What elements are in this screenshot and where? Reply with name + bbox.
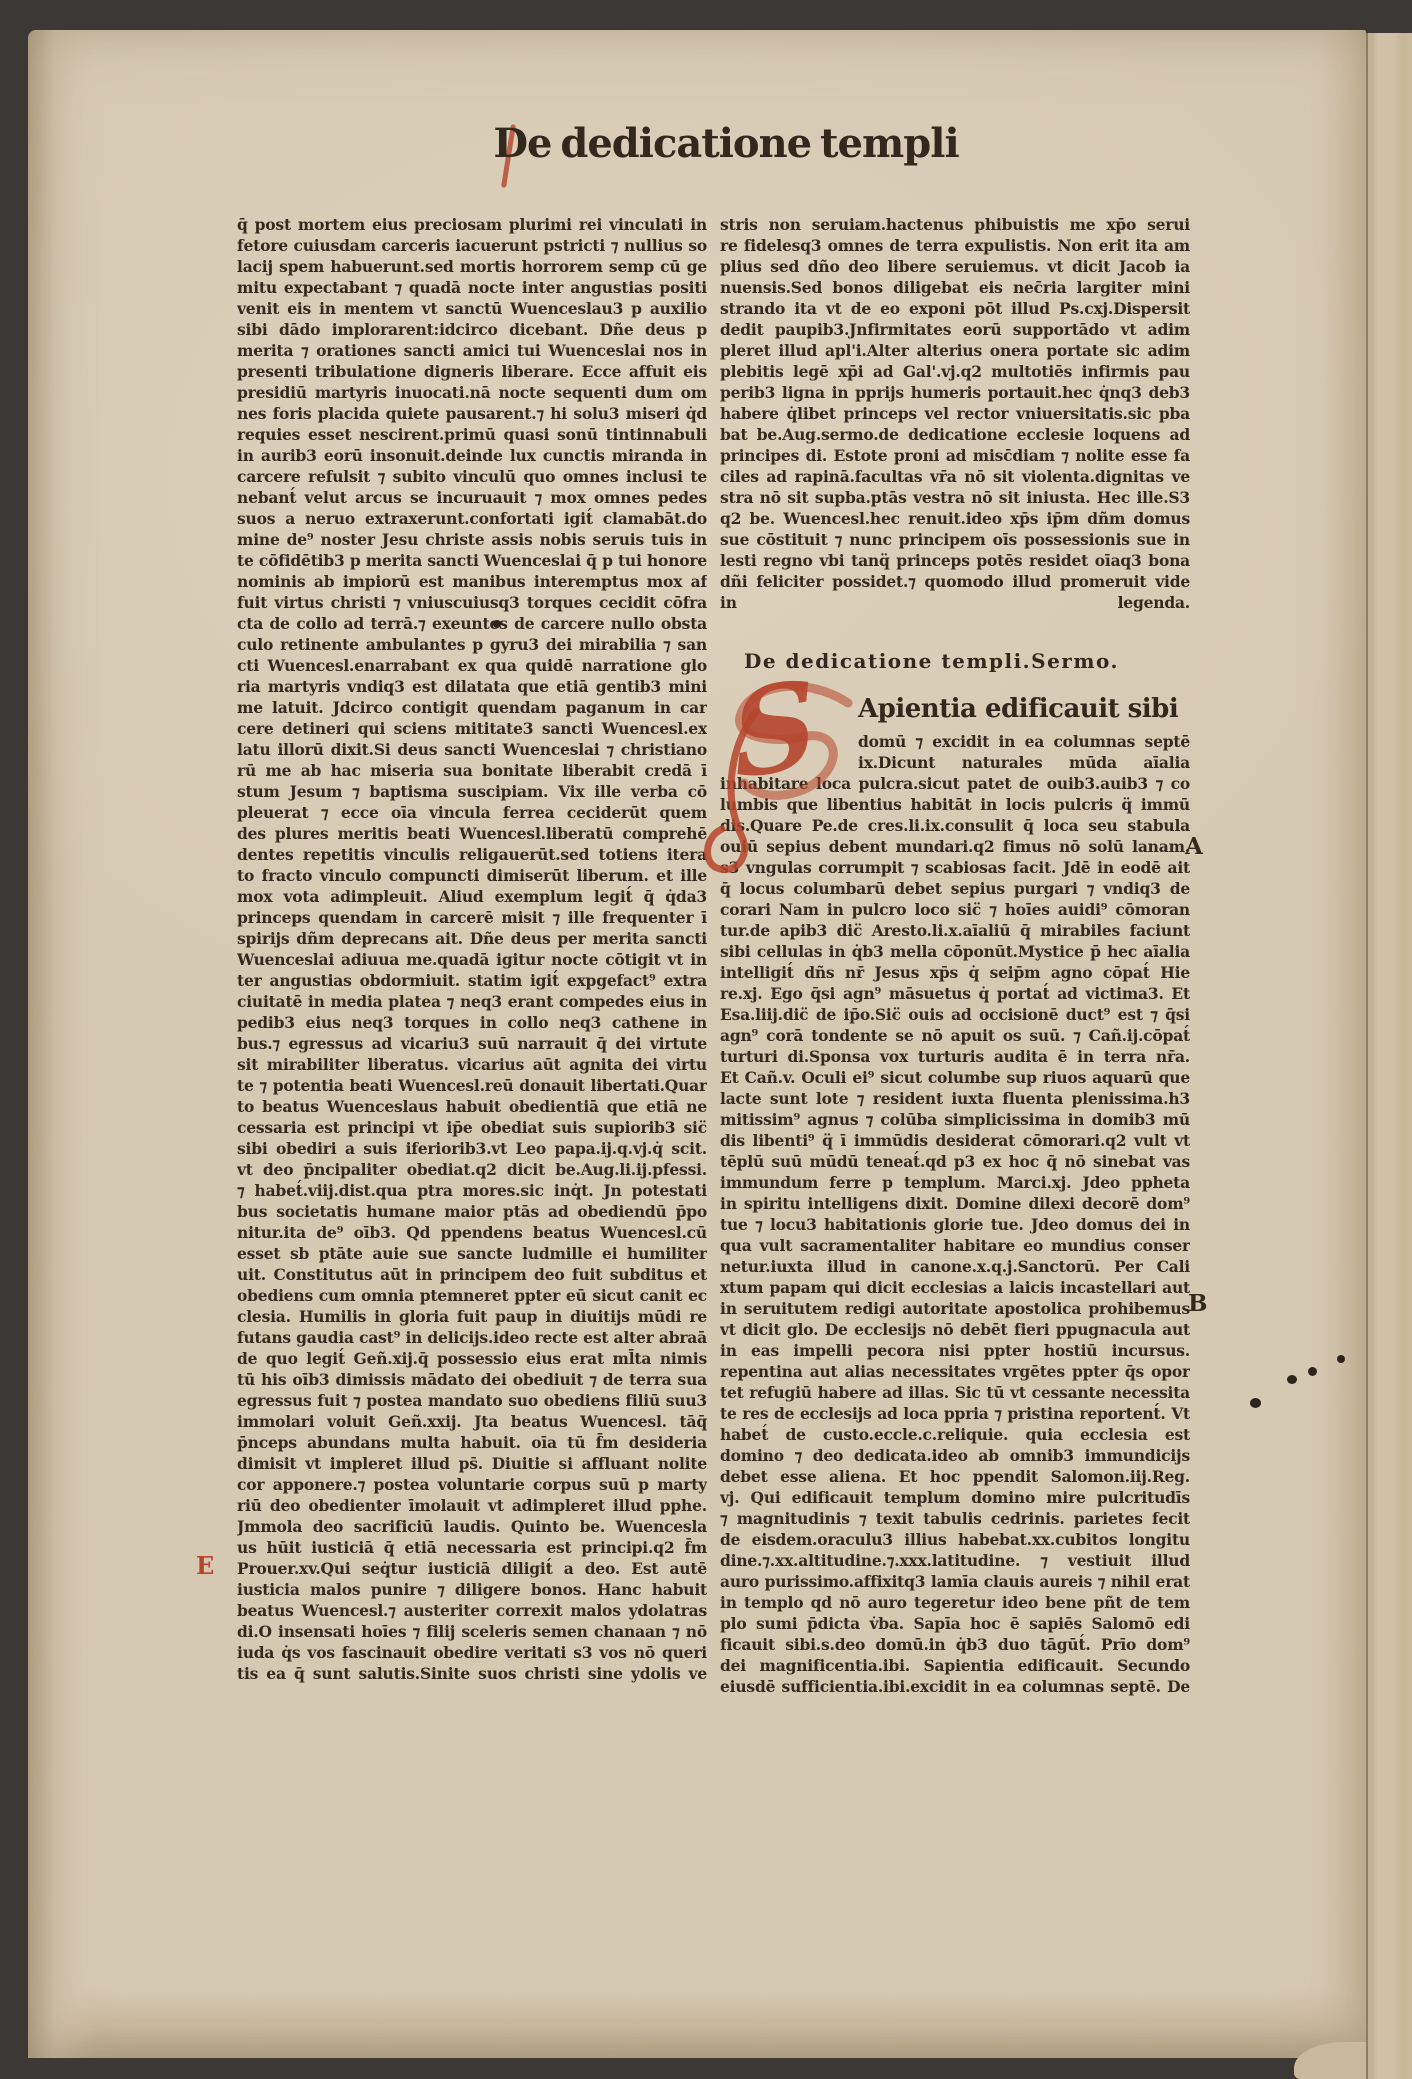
text-line: cessaria est principi vt ip̄e obediat su… [237, 1117, 707, 1138]
text-line: repentina aut alias necessitates vrgētes… [720, 1361, 1190, 1382]
text-line: bus societatis humane maior ptās ad obed… [237, 1201, 707, 1222]
text-line: nuensis.Sed bonos diligebat eis nec̄ria … [720, 277, 1190, 298]
text-line: tū his oīb3 dimissis mādato dei obediuit… [237, 1369, 707, 1390]
marginal-letter-b: B [1188, 1290, 1207, 1317]
text-line: te cōfidētib3 p merita sancti Wuenceslai… [237, 550, 707, 571]
text-line: princeps quendam in carcerē misit ⁊ ille… [237, 907, 707, 928]
text-line: ficauit sibi.s.deo domū.in q̇b3 duo tāgū… [720, 1634, 1190, 1655]
scan-background: { "page": { "header_title": "De dedicati… [0, 0, 1412, 2079]
text-line: dñi feliciter possidet.⁊ quomodo illud p… [720, 571, 1190, 592]
text-line: nominis ab impiorū est manibus interempt… [237, 571, 707, 592]
sermon-body-lines: inhabitare loca pulcra.sicut patet de ou… [720, 773, 1190, 1697]
text-line: to beatus Wuenceslaus habuit obedientiā … [237, 1096, 707, 1117]
text-line: dis.Quare Pe.de cres.li.ix.consulit q̄ l… [720, 815, 1190, 836]
text-line: ter angustias obdormiuit. statim igit́ e… [237, 970, 707, 991]
text-line: cta de collo ad terrā.⁊ exeuntes de carc… [237, 613, 707, 634]
ink-dot [1337, 1355, 1345, 1363]
text-line: agn⁹ corā tondente se nō apuit os suū. ⁊… [720, 1025, 1190, 1046]
text-line: vj. Qui edificauit templum domino mire p… [720, 1487, 1190, 1508]
text-line: di.O insensati hoīes ⁊ filij sceleris se… [237, 1621, 707, 1642]
text-line: q̄ locus columbarū debet sepius purgari … [720, 878, 1190, 899]
text-line: nitur.ita de⁹ oīb3. Qd ppendens beatus W… [237, 1222, 707, 1243]
text-line: ciuitatē in media platea ⁊ neq3 erant co… [237, 991, 707, 1012]
text-line: plo sumi p̄dicta v̇ba. Sapīa hoc ē sapiē… [720, 1613, 1190, 1634]
text-line: esset sb ptāte auie sue sancte ludmille … [237, 1243, 707, 1264]
text-line: p̄nceps abundans multa habuit. oīa tū f̄… [237, 1432, 707, 1453]
text-line: de quo legit́ Geñ.xij.q̄ possessio eius … [237, 1348, 707, 1369]
text-line: habet́ de custo.eccle.c.reliquie. quia e… [720, 1424, 1190, 1445]
text-line: sue cōstituit ⁊ nunc principem oīs posse… [720, 529, 1190, 550]
text-line: in templo qd nō auro tegeretur ideo bene… [720, 1592, 1190, 1613]
text-line: xtum papam qui dicit ecclesias a laicis … [720, 1277, 1190, 1298]
text-line: us hūit iusticiā q̄ etiā necessaria est … [237, 1537, 707, 1558]
text-line: tur.de apib3 dic̈ Aresto.li.x.aīaliū q̄ … [720, 920, 1190, 941]
text-line: bat be.Aug.sermo.de dedicatione ecclesie… [720, 424, 1190, 445]
text-line: pleret illud apl'i.Alter alterius onera … [720, 340, 1190, 361]
text-line: q̄ post mortem eius preciosam plurimi re… [237, 214, 707, 235]
text-line: s3 vngulas corrumpit ⁊ scabiosas facit. … [720, 857, 1190, 878]
text-line: stum Jesum ⁊ baptisma suscipiam. Vix ill… [237, 781, 707, 802]
sermon-indented-lines: domū ⁊ excidit in ea columnas septē p̄ue… [720, 731, 1190, 773]
text-line: stris non seruiam.hactenus phibuistis me… [720, 214, 1190, 235]
text-line: ria martyris vndiq3 est dilatata que eti… [237, 676, 707, 697]
text-line: to fracto vinculo compuncti dimiserūt li… [237, 865, 707, 886]
ink-dot [1308, 1367, 1317, 1376]
text-line: Et Cañ.v. Oculi ei⁹ sicut columbe sup ri… [720, 1067, 1190, 1088]
text-line: plius sed dño deo libere seruiemus. vt d… [720, 256, 1190, 277]
text-line: lacij spem habuerunt.sed mortis horrorem… [237, 256, 707, 277]
text-line: tet refugiū habere ad illas. Sic tū vt c… [720, 1382, 1190, 1403]
text-line: perib3 ligna in pprijs humeris portauit.… [720, 382, 1190, 403]
text-line: riū deo obedienter īmolauit vt adimplere… [237, 1495, 707, 1516]
column-right-first-part: stris non seruiam.hactenus phibuistis me… [720, 214, 1190, 613]
book-fore-edge [1366, 33, 1412, 2079]
text-line: strando ita vt de eo exponi pōt illud Ps… [720, 298, 1190, 319]
text-line: culo retinente ambulantes p gyru3 dei mi… [237, 634, 707, 655]
marginal-red-letter-e: E [196, 1551, 214, 1580]
text-line: inhabitare loca pulcra.sicut patet de ou… [720, 773, 1190, 794]
text-line: Jmmola deo sacrificiū laudis. Quinto be.… [237, 1516, 707, 1537]
text-line: clesia. Humilis in gloria fuit paup in d… [237, 1306, 707, 1327]
text-line: Esa.liij.dic̈ de ip̄o.Sic̈ ouis ad occis… [720, 1004, 1190, 1025]
marginal-letter-a: A [1185, 833, 1203, 860]
text-line: cere detineri qui sciens mititate3 sanct… [237, 718, 707, 739]
text-line: beatus Wuencesl.⁊ austeriter correxit ma… [237, 1600, 707, 1621]
text-line: dedit paupib3.Jnfirmitates eorū supportā… [720, 319, 1190, 340]
section-heading: De dedicatione templi.Sermo. [744, 649, 1190, 673]
text-line: tis ea q̄ sunt salutis.Sinite suos chris… [237, 1663, 707, 1684]
text-line: domū ⁊ excidit in ea columnas septē p̄ue… [720, 731, 1190, 752]
text-line: nes foris placida quiete pausarent.⁊ hi … [237, 403, 707, 424]
text-line: netur.iuxta illud in canone.x.q.j.Sancto… [720, 1256, 1190, 1277]
text-line: pedib3 eius neq3 torques in collo neq3 c… [237, 1012, 707, 1033]
text-line: in aurib3 eorū insonuit.deinde lux cunct… [237, 445, 707, 466]
text-line: iuda q̇s vos fascinauit obedire veritati… [237, 1642, 707, 1663]
text-line: sibi dādo implorarent:idcirco dicebant. … [237, 319, 707, 340]
text-line: stra nō sit supba.ptās vestra nō sit ini… [720, 487, 1190, 508]
ink-blot [493, 620, 501, 628]
text-line: suos a neruo extraxerunt.confortati igit… [237, 508, 707, 529]
page-title: De dedicatione templi [493, 120, 958, 167]
text-line: bus.⁊ egressus ad vicariu3 suū narrauit … [237, 1033, 707, 1054]
text-line: sibi cellulas in q̇b3 mella cōponūt.Myst… [720, 941, 1190, 962]
text-line: cti Wuencesl.enarrabant ex qua quidē nar… [237, 655, 707, 676]
text-line: intelligit́ dñs nr̄ Jesus xp̄s q̇ seip̄m… [720, 962, 1190, 983]
text-line: turturi di.Sponsa vox turturis audita ē … [720, 1046, 1190, 1067]
text-line: sit mirabiliter liberatus. vicarius aūt … [237, 1054, 707, 1075]
text-line: iusticia malos punire ⁊ diligere bonos. … [237, 1579, 707, 1600]
text-line: domino ⁊ deo dedicata.ideo ab omnib3 imm… [720, 1445, 1190, 1466]
text-line: immundum ferre p templum. Marci.xj. Jdeo… [720, 1172, 1190, 1193]
text-line: dentes repetitis vinculis religauerūt.se… [237, 844, 707, 865]
book-page: De dedicatione templi q̄ post mortem eiu… [28, 30, 1366, 2058]
sermon-opening-line: Apientia edificauit sibi [858, 687, 1190, 731]
text-line: auro purissimo.affixitq3 lamīa clauis au… [720, 1571, 1190, 1592]
text-line: in spiritu intelligens dixit. Domine dil… [720, 1193, 1190, 1214]
text-line: Wuenceslai adiuua me.quadā igitur nocte … [237, 949, 707, 970]
ink-dot [1250, 1398, 1261, 1408]
text-line: merita ⁊ orationes sancti amici tui Wuen… [237, 340, 707, 361]
text-line: Prouer.xv.Qui seq̇tur iusticiā diligit́ … [237, 1558, 707, 1579]
text-line: requies esset nescirent.primū quasi sonū… [237, 424, 707, 445]
text-line: dimisit vt impleret illud ps̄. Diuitie s… [237, 1453, 707, 1474]
text-line: eiusdē sufficientia.ibi.excidit in ea co… [720, 1676, 1190, 1697]
text-line: in seruitutem redigi autoritate apostoli… [720, 1298, 1190, 1319]
text-line: mox vota adimpleuit. Aliud exemplum legi… [237, 886, 707, 907]
header: De dedicatione templi [28, 120, 1366, 167]
text-line: re fidelesq3 omnes de terra expulistis. … [720, 235, 1190, 256]
text-line: me latuit. Jdcirco contigit quendam paga… [237, 697, 707, 718]
text-line: debet esse aliena. Et hoc ppendit Salomo… [720, 1466, 1190, 1487]
text-line: vt deo p̄ncipaliter obediat.q2 dicit be.… [237, 1159, 707, 1180]
text-line: lacte sunt lote ⁊ resident iuxta fluenta… [720, 1088, 1190, 1109]
text-line: in legenda. [720, 592, 1190, 613]
text-line: vt dicit glo. De ecclesijs nō debēt fier… [720, 1319, 1190, 1340]
text-column-left: q̄ post mortem eius preciosam plurimi re… [237, 214, 707, 1684]
text-line: de eisdem.oraculu3 illius habebat.xx.cub… [720, 1529, 1190, 1550]
text-line: cor apponere.⁊ postea voluntarie corpus … [237, 1474, 707, 1495]
text-line: corari Nam in pulcro loco sic̈ ⁊ hoīes a… [720, 899, 1190, 920]
ink-dot [1287, 1375, 1297, 1384]
text-line: ciles ad rapinā.facultas vr̄a nō sit vio… [720, 466, 1190, 487]
text-line: pleuerat ⁊ ecce oīa vincula ferrea cecid… [237, 802, 707, 823]
text-line: plebitis legē xp̄i ad Gal'.vj.q2 multoti… [720, 361, 1190, 382]
text-line: fetore cuiusdam carceris iacuerunt pstri… [237, 235, 707, 256]
text-column-right: stris non seruiam.hactenus phibuistis me… [720, 214, 1190, 1697]
text-line: spirijs dñm deprecans ait. Dñe deus per … [237, 928, 707, 949]
text-line: nebant́ velut arcus se incuruauit ⁊ mox … [237, 487, 707, 508]
text-line: des plures meritis beati Wuencesl.libera… [237, 823, 707, 844]
text-line: principes di. Estote proni ad misc̄diam … [720, 445, 1190, 466]
text-line: lesti regno vbi tanq̈ princeps potēs res… [720, 550, 1190, 571]
text-line: q2 be. Wuencesl.hec renuit.ideo xp̄s ip̄… [720, 508, 1190, 529]
text-line: immolari voluit Geñ.xxij. Jta beatus Wue… [237, 1411, 707, 1432]
text-line: te res de ecclesijs ad loca ppria ⁊ pris… [720, 1403, 1190, 1424]
text-line: dine.⁊.xx.altitudine.⁊.xxx.latitudine. ⁊… [720, 1550, 1190, 1571]
text-line: dei magnificentia.ibi. Sapientia edifica… [720, 1655, 1190, 1676]
text-line: futans gaudia cast⁹ in delicijs.ideo rec… [237, 1327, 707, 1348]
text-line: venit eis in mentem vt sanctū Wuenceslau… [237, 298, 707, 319]
text-line: re.xj. Ego q̄si agn⁹ māsuetus q̇ portat́… [720, 983, 1190, 1004]
text-line: carcere refulsit ⁊ subito vinculū quo om… [237, 466, 707, 487]
text-line: ⁊ magnitudinis ⁊ texit tabulis cedrinis.… [720, 1508, 1190, 1529]
text-line: lumbis que libentius habitāt in locis pu… [720, 794, 1190, 815]
text-line: latu illorū dixit.Si deus sancti Wuences… [237, 739, 707, 760]
text-line: tēplū suū mūdū teneat́.qd p3 ex hoc q̄ n… [720, 1151, 1190, 1172]
text-line: uit. Constitutus aūt in principem deo fu… [237, 1264, 707, 1285]
text-line: mitu expectabant ⁊ quadā nocte inter ang… [237, 277, 707, 298]
text-line: mitissim⁹ agnus ⁊ colūba simplicissima i… [720, 1109, 1190, 1130]
text-line: rū me ab hac miseria sua bonitate libera… [237, 760, 707, 781]
text-line: in eas impelli pecora nisi ppter hostiū … [720, 1340, 1190, 1361]
text-line: ix.Dicunt naturales mūda aīalia desiderā… [720, 752, 1190, 773]
text-line: presenti tribulatione digneris liberare.… [237, 361, 707, 382]
text-line: obediens cum omnia ptemneret ppter eū si… [237, 1285, 707, 1306]
text-line: te ⁊ potentia beati Wuencesl.reū donauit… [237, 1075, 707, 1096]
text-line: egressus fuit ⁊ postea mandato suo obedi… [237, 1390, 707, 1411]
text-line: qua vult sacramentaliter habitare eo mun… [720, 1235, 1190, 1256]
text-line: tue ⁊ locu3 habitationis glorie tue. Jde… [720, 1214, 1190, 1235]
text-line: habere q̇libet princeps vel rector vniue… [720, 403, 1190, 424]
sermon-block: S Apientia edificauit sibi domū ⁊ excidi… [720, 687, 1190, 1697]
text-line: fuit virtus christi ⁊ vniuscuiusq3 torqu… [237, 592, 707, 613]
text-line: presidiū martyris inuocati.nā nocte sequ… [237, 382, 707, 403]
text-line: ⁊ habet́.viij.dist.qua ptra mores.sic in… [237, 1180, 707, 1201]
text-line: sibi obediri a suis iferiorib3.vt Leo pa… [237, 1138, 707, 1159]
text-line: dis libenti⁹ q̈ ī immūdis desiderat cōmo… [720, 1130, 1190, 1151]
text-line: mine de⁹ noster Jesu christe assis nobis… [237, 529, 707, 550]
text-line: ouiū sepius debent mundari.q2 fimus nō s… [720, 836, 1190, 857]
